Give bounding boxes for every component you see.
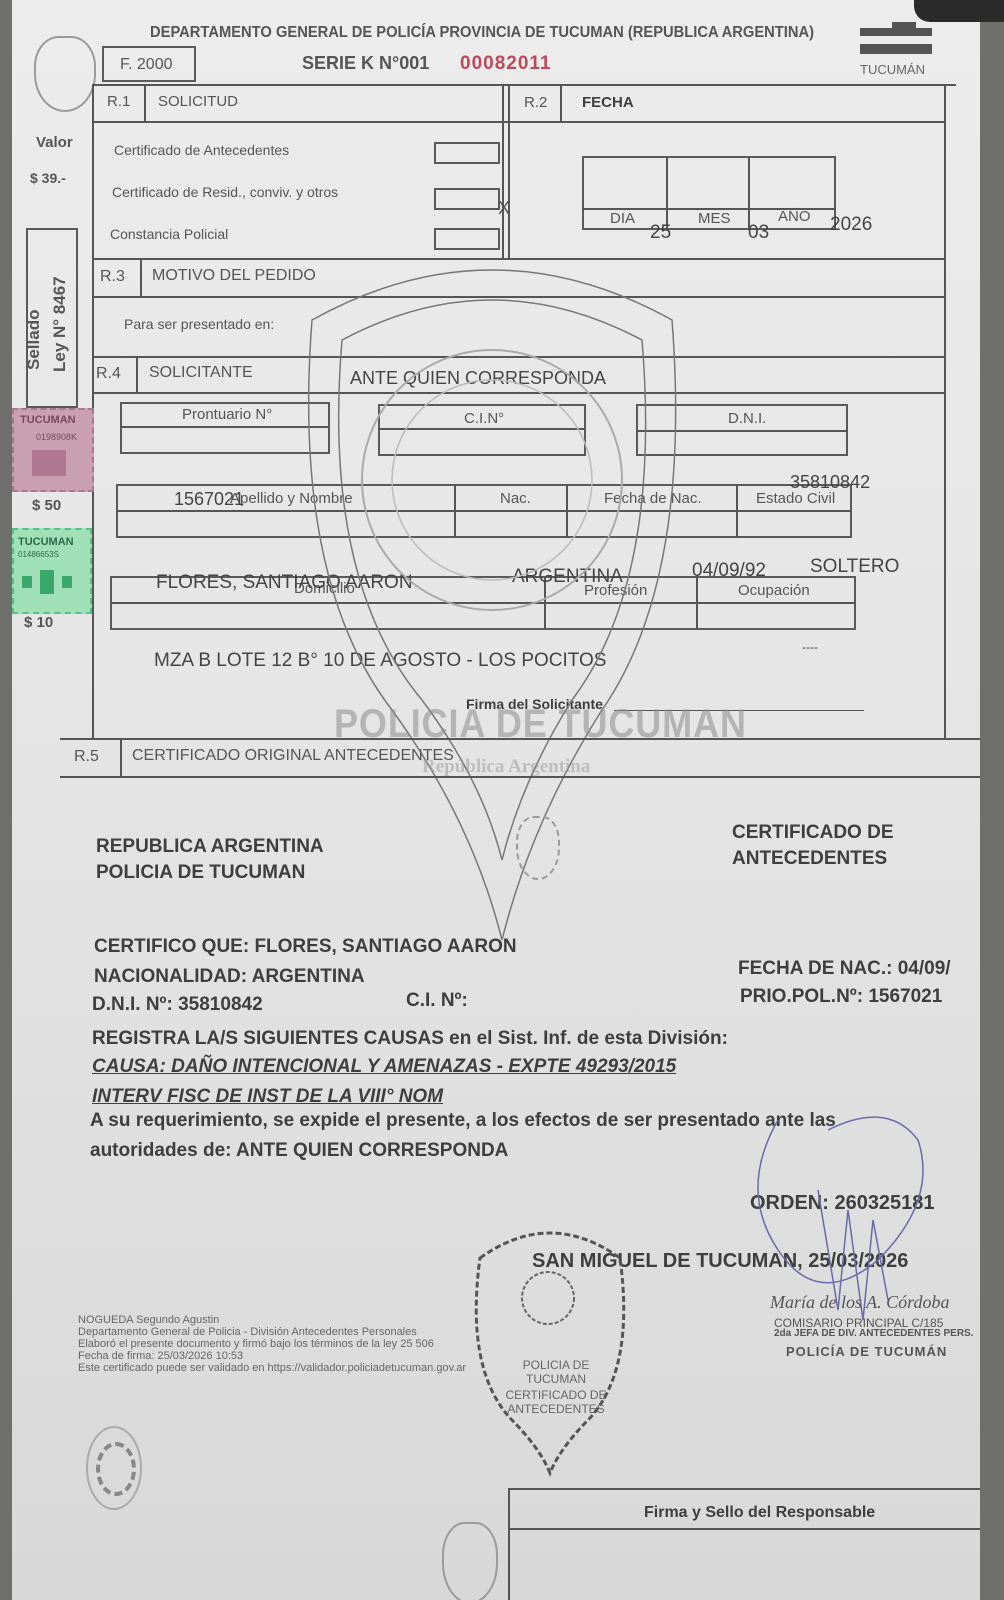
stamp-building-icon xyxy=(32,450,66,476)
r2-title: FECHA xyxy=(582,94,634,111)
sellado-label: Sellado xyxy=(24,310,44,370)
stamp-header: TUCUMAN xyxy=(18,536,74,548)
signer-dept: Departamento General de Policia - Divisi… xyxy=(78,1326,466,1338)
prontuario-label: Prontuario N° xyxy=(182,406,272,423)
causa-line-2: INTERV FISC DE INST DE LA VIII° NOM xyxy=(92,1086,443,1108)
tax-stamp-10: TUCUMAN 01486653S xyxy=(12,528,92,614)
validation-link[interactable]: Este certificado puede ser validado en h… xyxy=(78,1362,466,1374)
stamp-line-1: POLICIA DE TUCUMAN xyxy=(496,1358,616,1386)
signer-signature-text: María de los A. Córdoba xyxy=(770,1292,950,1313)
presentado-label: Para ser presentado en: xyxy=(124,316,274,332)
mes-value: 03 xyxy=(748,222,769,244)
check-mark: X xyxy=(498,198,510,219)
r1-option-label: Certificado de Resid., conviv. y otros xyxy=(112,184,338,200)
anio-label: AÑO xyxy=(778,208,811,225)
r1-option-checkbox[interactable] xyxy=(434,188,500,210)
dni-value: 35810842 xyxy=(790,472,870,493)
police-badge-icon xyxy=(34,36,96,112)
r1-option-checkbox[interactable] xyxy=(434,142,500,164)
fecha-nac-line: FECHA DE NAC.: 04/09/ xyxy=(738,958,951,980)
estado-civil-value: SOLTERO xyxy=(810,556,899,578)
certifico-line: CERTIFICO QUE: FLORES, SANTIAGO AARON xyxy=(94,936,517,958)
cert-right-header-2: ANTECEDENTES xyxy=(732,848,887,870)
r5-code: R.5 xyxy=(74,748,99,766)
cert-left-header-1: REPUBLICA ARGENTINA xyxy=(96,836,324,858)
ocupacion-label: Ocupación xyxy=(738,582,810,599)
r1-title: SOLICITUD xyxy=(158,93,238,110)
stamp-line-3: ANTECEDENTES xyxy=(486,1402,626,1416)
r4-title: SOLICITANTE xyxy=(149,364,253,382)
signer-fecha-firma: Fecha de firma: 25/03/2026 10:53 xyxy=(78,1350,466,1362)
anio-value: 2026 xyxy=(830,214,872,236)
document-page: DEPARTAMENTO GENERAL DE POLICÍA PROVINCI… xyxy=(12,0,980,1600)
cert-right-header-1: CERTIFICADO DE xyxy=(732,822,894,844)
police-badge-icon xyxy=(442,1522,498,1600)
ley-label: Ley N° 8467 xyxy=(50,276,70,372)
signer-org: POLICÍA DE TUCUMÁN xyxy=(786,1344,947,1359)
cert-left-header-2: POLICIA DE TUCUMAN xyxy=(96,862,305,884)
signer-elaboro: Elaboró el presente documento y firmó ba… xyxy=(78,1338,466,1350)
official-stamp xyxy=(460,1218,640,1478)
form-code: F. 2000 xyxy=(120,56,172,74)
province-logo-text: TUCUMÁN xyxy=(860,62,925,77)
stamp-code: 0198908K xyxy=(36,432,77,442)
stamp-code: 01486653S xyxy=(18,550,59,559)
dni-label: D.N.I. xyxy=(728,410,766,427)
valor-label: Valor xyxy=(36,134,73,151)
r5-title: CERTIFICADO ORIGINAL ANTECEDENTES xyxy=(132,747,454,765)
form-code-box: F. 2000 xyxy=(102,46,196,82)
r2-code: R.2 xyxy=(524,94,547,111)
stamp-line-2: CERTIFICADO DE xyxy=(486,1388,626,1402)
serie-label: SERIE K N°001 xyxy=(302,53,429,74)
prio-pol-line: PRIO.POL.Nº: 1567021 xyxy=(740,986,942,1008)
r4-code: R.4 xyxy=(96,365,121,383)
prontuario-value: 1567021 xyxy=(174,489,244,510)
ocupacion-value: ---- xyxy=(802,640,818,654)
digital-signature-block: NOGUEDA Segundo Agustin Departamento Gen… xyxy=(78,1314,466,1374)
causa-line-1: CAUSA: DAÑO INTENCIONAL Y AMENAZAS - EXP… xyxy=(92,1056,676,1078)
argentina-shield-icon xyxy=(516,816,560,880)
r1-code: R.1 xyxy=(107,93,130,110)
embossed-seal-inner xyxy=(96,1442,136,1496)
stamp-amount-50: $ 50 xyxy=(32,497,61,514)
signer-role: 2da JEFA DE DIV. ANTECEDENTES PERS. xyxy=(774,1328,974,1339)
sellado-text: Sellado xyxy=(24,310,43,370)
camera-overlay-icon[interactable] xyxy=(914,0,1004,22)
dia-label: DIA xyxy=(610,210,635,227)
registra-line: REGISTRA LA/S SIGUIENTES CAUSAS en el Si… xyxy=(92,1028,728,1050)
dia-value: 25 xyxy=(650,222,671,244)
serial-number: 00082011 xyxy=(460,53,552,75)
department-title: DEPARTAMENTO GENERAL DE POLICÍA PROVINCI… xyxy=(150,24,814,42)
dni-line: D.N.I. Nº: 35810842 xyxy=(92,994,263,1016)
requerimiento-line-1: A su requerimiento, se expide el present… xyxy=(90,1110,836,1132)
r1-option-label: Constancia Policial xyxy=(110,226,228,242)
stamp-header: TUCUMAN xyxy=(20,414,76,426)
ci-line: C.I. Nº: xyxy=(406,990,468,1012)
r3-code: R.3 xyxy=(100,268,125,286)
requerimiento-line-2: autoridades de: ANTE QUIEN CORRESPONDA xyxy=(90,1140,508,1162)
police-seal-watermark xyxy=(272,260,712,940)
mes-label: MES xyxy=(698,210,731,227)
stamp-building-icon xyxy=(40,570,54,594)
signer-name: NOGUEDA Segundo Agustin xyxy=(78,1314,466,1326)
valor-amount: $ 39.- xyxy=(30,170,66,186)
watermark-main: POLICIA DE TUCUMAN xyxy=(334,702,747,747)
r1-option-label: Certificado de Antecedentes xyxy=(114,142,289,158)
ley-text: Ley N° 8467 xyxy=(50,276,69,372)
firma-sello-label: Firma y Sello del Responsable xyxy=(644,1504,875,1522)
nacionalidad-line: NACIONALIDAD: ARGENTINA xyxy=(94,966,365,988)
stamp-amount-10: $ 10 xyxy=(24,614,53,631)
r1-option-checkbox[interactable] xyxy=(434,228,500,250)
tax-stamp-50: TUCUMAN 0198908K xyxy=(12,408,94,492)
